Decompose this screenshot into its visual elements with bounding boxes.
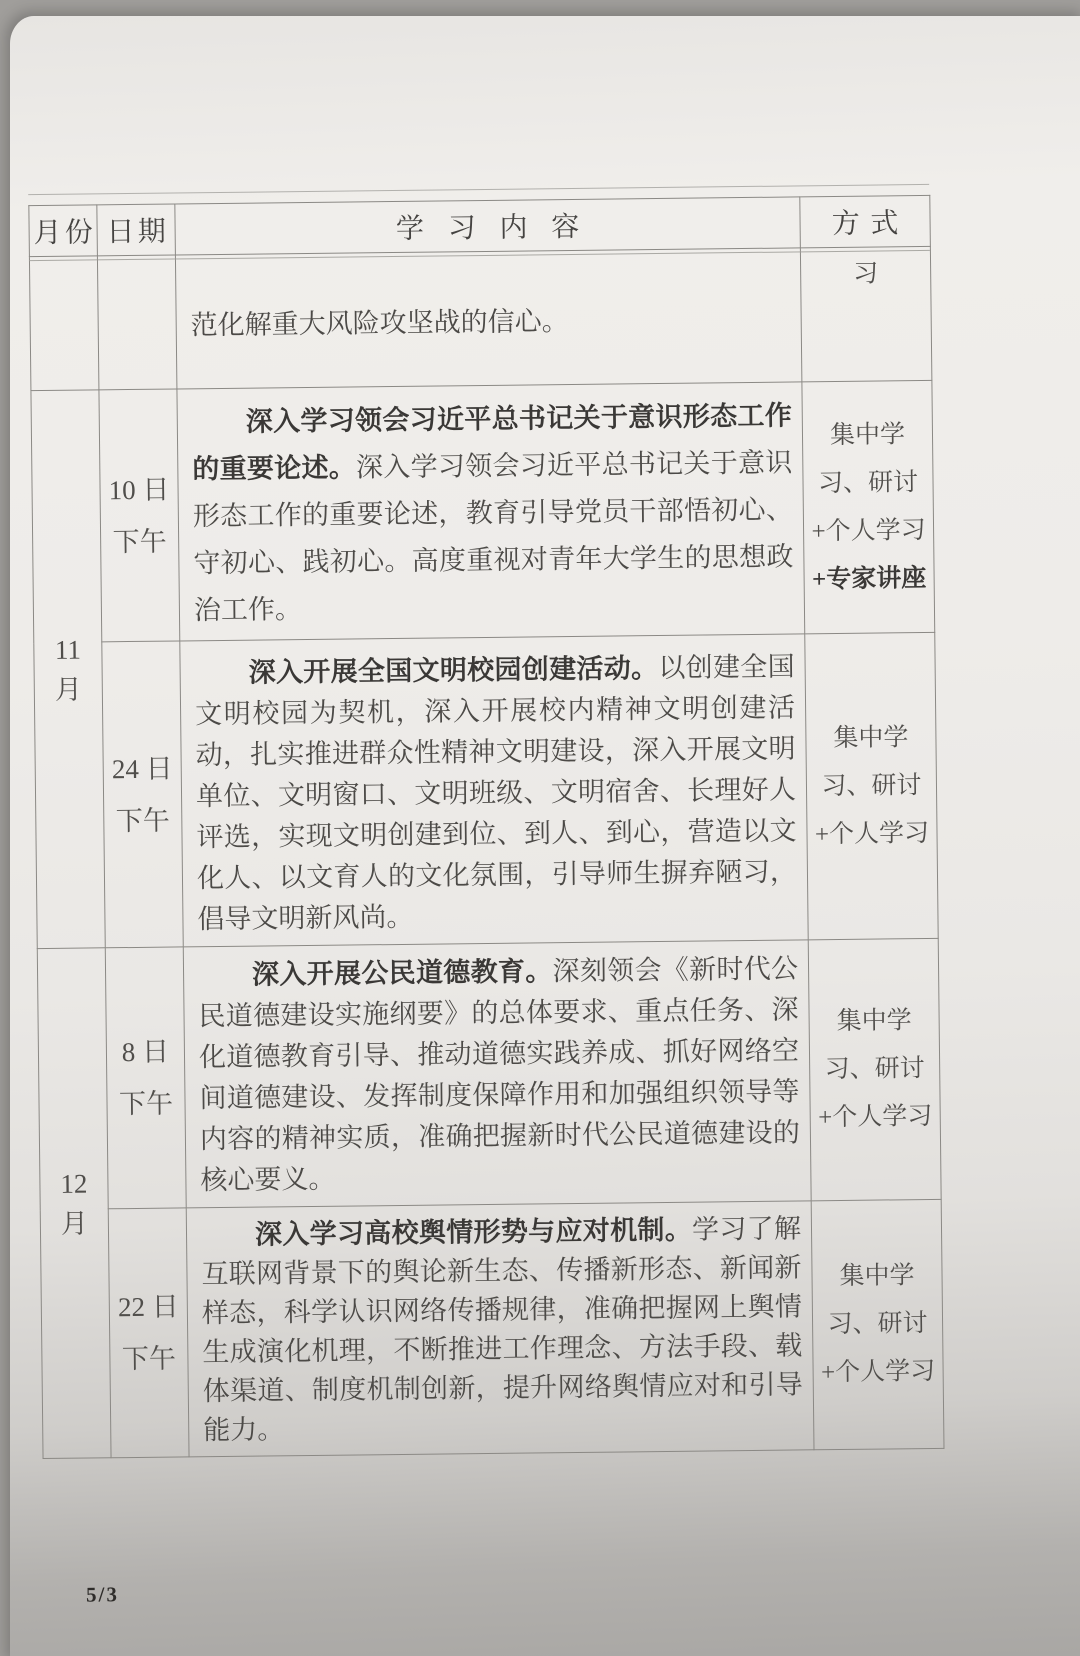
date-cell: 22 日 下午 [108,1208,189,1458]
header-method: 方式 [800,195,931,247]
method-text: 习 [804,247,926,292]
content-body: 深刻领会《新时代公民道德建设实施纲要》的总体要求、重点任务、深化道德教育引导、推… [198,953,800,1195]
content-cell: 范化解重大风险攻坚战的信心。 [175,248,801,389]
page-number: 5/3 [86,1582,119,1607]
month-number: 12 [60,1168,87,1198]
header-month-label: 月份 [33,217,96,249]
month-number: 11 [55,634,81,664]
method-text: 集中学习、研讨+个人学习 [816,1252,940,1397]
content-cell: 深入学习高校舆情形势与应对机制。学习了解互联网背景下的舆论新生态、传播新形态、新… [186,1201,814,1457]
month-cell-december: 12月 [37,948,111,1459]
method-text: 集中学习、研讨+个人学习 [810,713,934,858]
table-row: 24 日 下午 深入开展全国文明校园创建活动。以创建全国文明校园为契机，深入开展… [34,632,938,948]
month-unit: 月 [61,1208,88,1238]
month-label: 11月 [48,629,89,709]
table-row: 11月 10 日 下午 深入学习领会习近平总书记关于意识形态工作的重要论述。深入… [31,380,935,642]
scanned-document-photo: { "page_number": "5/3", "table": { "head… [0,0,1080,1656]
date-day: 10 日 [100,463,178,516]
content-text: 范化解重大风险攻坚战的信心。 [176,281,801,355]
date-day: 8 日 [107,1025,185,1078]
table-row: 范化解重大风险攻坚战的信心。 习 [29,246,931,390]
table-row: 22 日 下午 深入学习高校舆情形势与应对机制。学习了解互联网背景下的舆论新生态… [40,1199,944,1458]
method-extra: +专家讲座 [812,564,927,592]
header-date: 日期 [97,204,176,256]
date-day: 24 日 [103,742,181,795]
date-cell-empty [97,255,177,390]
date-cell: 10 日 下午 [99,389,180,642]
study-plan-table: 月份 日期 学习内容 方式 范化解重大风险攻坚战的信心。 [28,195,944,1459]
content-text: 深入学习领会习近平总书记关于意识形态工作的重要论述。深入学习领会习近平总书记关于… [177,382,804,640]
date-period: 下午 [107,1077,185,1130]
content-body: 范化解重大风险攻坚战的信心。 [191,306,569,340]
study-plan-table-area: 月份 日期 学习内容 方式 范化解重大风险攻坚战的信心。 [28,195,943,1459]
method-cell: 集中学习、研讨+个人学习 [808,938,941,1200]
header-date-label: 日期 [106,217,169,249]
method-cell: 集中学习、研讨+个人学习 [811,1199,944,1449]
scan-artifact-line-top [28,184,929,195]
month-cell-november: 11月 [31,390,105,949]
date-period: 下午 [101,515,179,568]
date-period: 下午 [110,1332,188,1385]
date-cell: 24 日 下午 [102,641,183,948]
content-cell: 深入开展全国文明校园创建活动。以创建全国文明校园为契机，深入开展校内精神文明创建… [180,634,808,947]
content-lead: 深入开展公民道德教育。 [252,956,553,989]
content-cell: 深入学习领会习近平总书记关于意识形态工作的重要论述。深入学习领会习近平总书记关于… [177,382,805,641]
table-row: 12月 8 日 下午 深入开展公民道德教育。深刻领会《新时代公民道德建设实施纲要… [37,938,941,1209]
month-label: 12月 [54,1163,95,1243]
method-cell: 集中学习、研讨+个人学习 [805,632,938,939]
date-period: 下午 [104,794,182,847]
month-unit: 月 [55,674,82,704]
method-text: 集中学习、研讨+个人学习 [813,997,937,1142]
month-cell-empty [29,256,99,391]
content-text: 深入开展公民道德教育。深刻领会《新时代公民道德建设实施纲要》的总体要求、重点任务… [184,940,811,1207]
content-body: 以创建全国文明校园为契机，深入开展校内精神文明创建活动，扎实推进群众性精神文明建… [195,651,797,934]
header-month: 月份 [29,205,98,257]
method-text: 集中学习、研讨+个人学习+专家讲座 [806,410,930,603]
date-day: 22 日 [110,1280,188,1333]
content-cell: 深入开展公民道德教育。深刻领会《新时代公民道德建设实施纲要》的总体要求、重点任务… [183,940,811,1208]
method-cell: 习 [800,246,932,381]
content-text: 深入开展全国文明校园创建活动。以创建全国文明校园为契机，深入开展校内精神文明创建… [180,634,807,946]
content-lead: 深入学习高校舆情形势与应对机制。 [255,1215,692,1250]
paper-sheet: 月份 日期 学习内容 方式 范化解重大风险攻坚战的信心。 [10,16,1080,1656]
content-text: 深入学习高校舆情形势与应对机制。学习了解互联网背景下的舆论新生态、传播新形态、新… [187,1201,814,1456]
method-cell: 集中学习、研讨+个人学习+专家讲座 [802,380,935,633]
method-main: 集中学习、研讨+个人学习 [811,421,925,545]
header-content: 学习内容 [175,197,801,255]
header-content-label: 学习内容 [396,212,604,245]
date-cell: 8 日 下午 [105,947,186,1209]
header-method-label: 方式 [832,208,910,240]
content-lead: 深入开展全国文明校园创建活动。 [248,653,658,688]
